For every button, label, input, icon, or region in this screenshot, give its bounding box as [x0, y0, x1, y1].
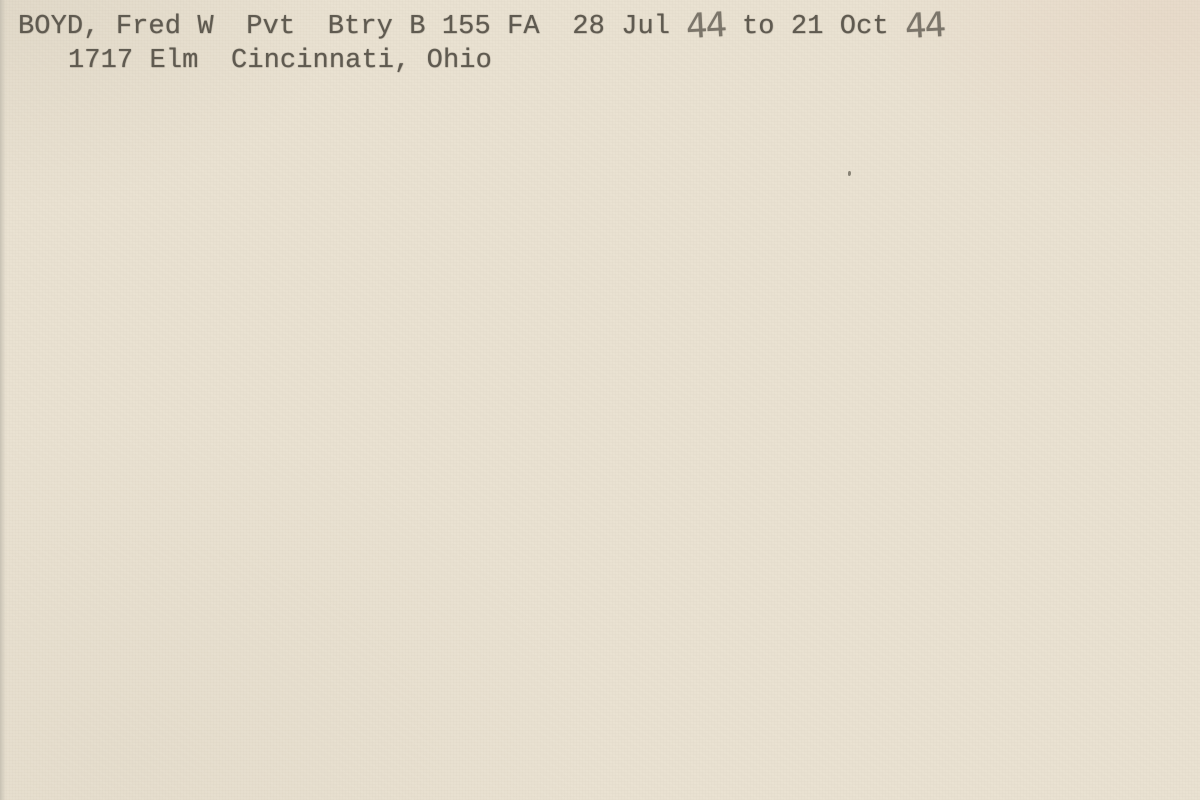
name-rank-unit-date-text: BOYD, Fred W Pvt Btry B 155 FA 28 Jul — [18, 12, 686, 42]
card-left-edge — [0, 0, 6, 800]
service-record-line: BOYD, Fred W Pvt Btry B 155 FA 28 Jul 44… — [18, 5, 944, 44]
index-card: BOYD, Fred W Pvt Btry B 155 FA 28 Jul 44… — [0, 0, 1200, 800]
address-text: 1717 Elm Cincinnati, Ohio — [68, 46, 492, 76]
typed-text-block: BOYD, Fred W Pvt Btry B 155 FA 28 Jul 44… — [18, 5, 944, 78]
date-to-text: to 21 Oct — [726, 12, 905, 42]
handwritten-year-from: 44 — [686, 8, 727, 44]
paper-speck — [848, 171, 851, 176]
address-line: 1717 Elm Cincinnati, Ohio — [18, 44, 944, 78]
handwritten-year-to: 44 — [904, 8, 945, 44]
